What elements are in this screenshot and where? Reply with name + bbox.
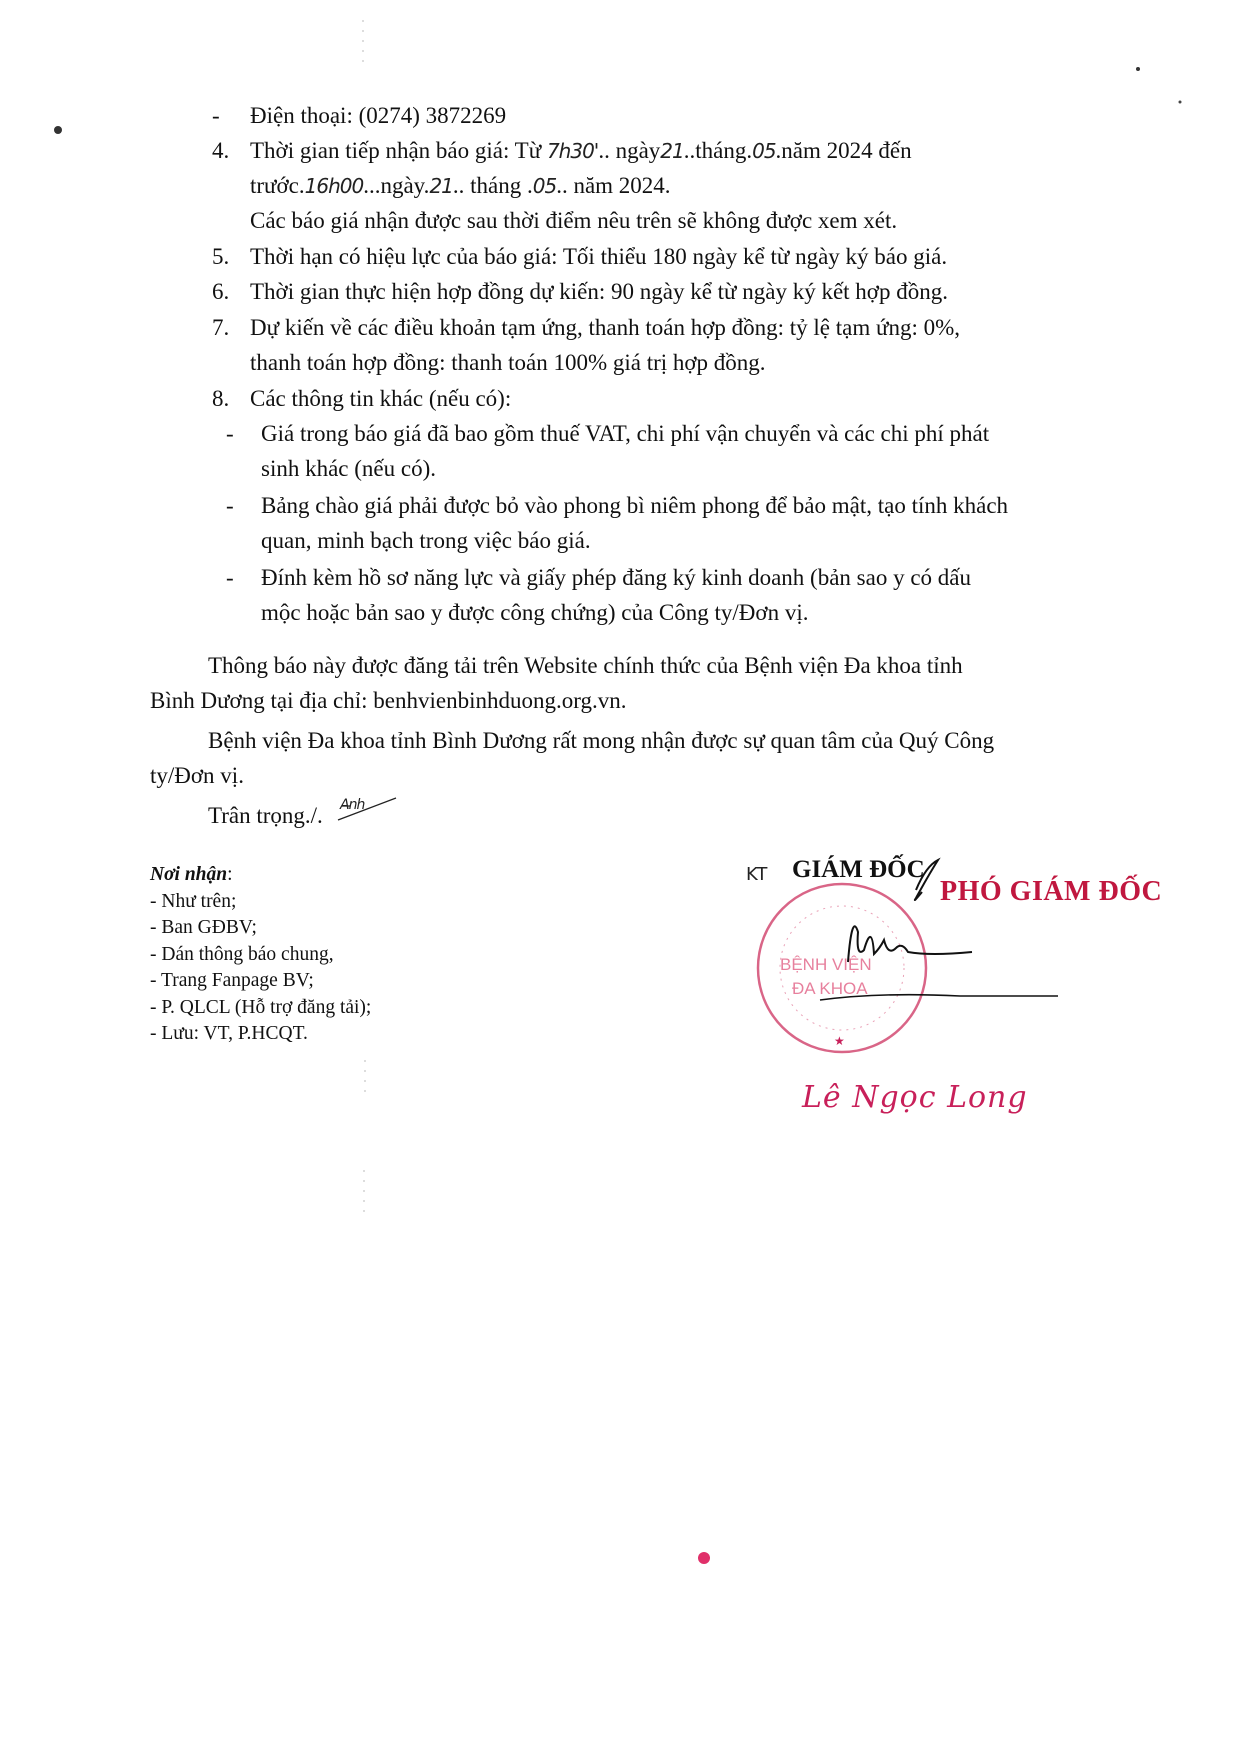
scan-artifacts <box>0 0 1240 1754</box>
document-page: - Điện thoại: (0274) 3872269 4. Thời gia… <box>0 0 1240 1754</box>
